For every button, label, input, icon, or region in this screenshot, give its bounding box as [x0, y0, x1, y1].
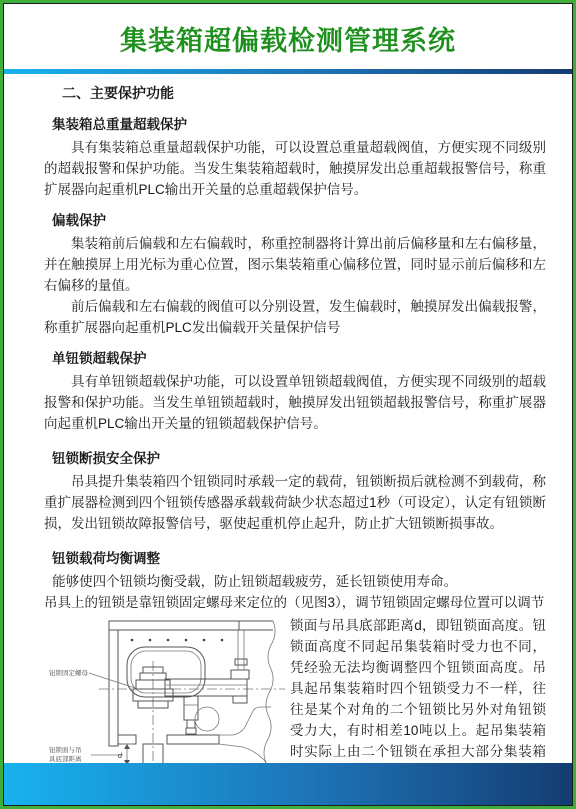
section-paragraph: 具有集装箱总重量超载保护功能，可以设置总重量超载阀值，方便实现不同级别的超载报警…	[44, 137, 546, 200]
document-page: 集装箱超偏载检测管理系统 二、主要保护功能 集装箱总重量超载保护 具有集装箱总重…	[0, 0, 576, 809]
section-heading: 单钮锁超载保护	[52, 348, 546, 369]
section-paragraph: 集装箱前后偏载和左右偏载时，称重控制器将计算出前后偏移量和左右偏移量，并在触摸屏…	[44, 233, 546, 296]
section-twistlock-break: 钮锁断损安全保护 吊具提升集装箱四个钮锁同时承载一定的载荷，钮锁断损后就检测不到…	[44, 448, 546, 534]
footer-bar	[4, 763, 572, 805]
figure-dimension-d: d	[118, 753, 123, 760]
section-total-weight: 集装箱总重量超载保护 具有集装箱总重量超载保护功能，可以设置总重量超载阀值，方便…	[44, 114, 546, 200]
section-paragraph: 前后偏载和左右偏载的阀值可以分别设置，发生偏载时，触摸屏发出偏载报警，称重扩展器…	[44, 296, 546, 338]
section-heading: 钮锁载荷均衡调整	[52, 548, 546, 569]
section-paragraph: 能够使四个钮锁均衡受载，防止钮锁超载疲劳，延长钮锁使用寿命。	[44, 571, 546, 592]
figure-label-distance-2: 具底部距离	[49, 754, 82, 763]
document-content: 二、主要保护功能 集装箱总重量超载保护 具有集装箱总重量超载保护功能，可以设置总…	[4, 74, 572, 806]
section-paragraph: 吊具上的钮锁是靠钮锁固定螺母来定位的（见图3），调节钮锁固定螺母位置可以调节	[44, 592, 546, 613]
section-single-twistlock: 单钮锁超载保护 具有单钮锁超载保护功能，可以设置单钮锁超载阀值，方便实现不同级别…	[44, 348, 546, 434]
figure-label-fixing-nut: 钮锁固定螺母	[49, 668, 89, 677]
section-title: 二、主要保护功能	[62, 83, 546, 104]
section-heading: 集装箱总重量超载保护	[52, 114, 546, 135]
section-heading: 偏载保护	[52, 210, 546, 231]
section-paragraph: 具有单钮锁超载保护功能，可以设置单钮锁超载阀值，方便实现不同级别的超载报警和保护…	[44, 371, 546, 434]
section-offset-load: 偏载保护 集装箱前后偏载和左右偏载时，称重控制器将计算出前后偏移量和左右偏移量，…	[44, 210, 546, 338]
figure-label-distance-1: 钮锁面与吊	[49, 745, 82, 754]
section-heading: 钮锁断损安全保护	[52, 448, 546, 469]
section-paragraph: 吊具提升集装箱四个钮锁同时承载一定的载荷，钮锁断损后就检测不到载荷，称重扩展器检…	[44, 471, 546, 534]
page-inner-border: 集装箱超偏载检测管理系统 二、主要保护功能 集装箱总重量超载保护 具有集装箱总重…	[3, 3, 573, 806]
page-title: 集装箱超偏载检测管理系统	[4, 19, 572, 58]
